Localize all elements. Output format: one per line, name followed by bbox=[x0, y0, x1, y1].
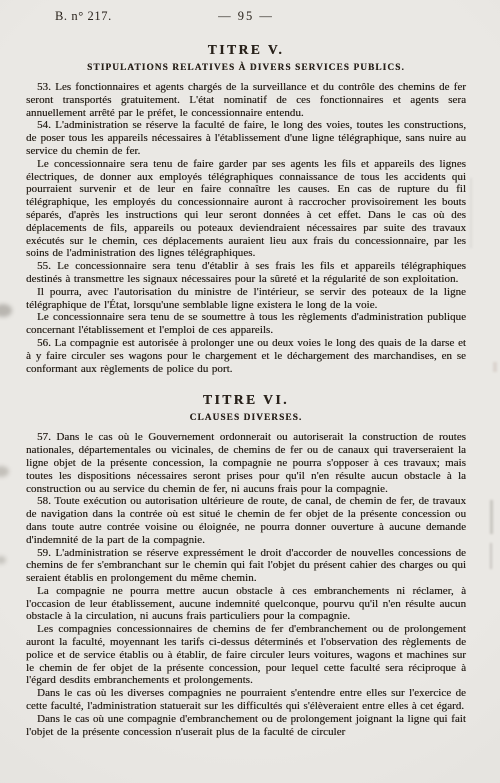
paragraph: Il pourra, avec l'autorisation du minist… bbox=[26, 286, 466, 312]
paragraph-article-58: 58. Toute exécution ou autorisation ulté… bbox=[26, 495, 466, 546]
page-number: — 95 — bbox=[26, 9, 466, 24]
paragraph: La compagnie ne pourra mettre aucun obst… bbox=[26, 585, 466, 623]
paragraph-article-53: 53. Les fonctionnaires et agents chargés… bbox=[26, 81, 466, 119]
paragraph-article-57: 57. Dans le cas où le Gouvernement ordon… bbox=[26, 431, 466, 495]
section-subtitle: CLAUSES DIVERSES. bbox=[26, 413, 466, 423]
paragraph: Le concessionnaire sera tenu de faire ga… bbox=[26, 158, 466, 260]
paragraph: Dans le cas où les diverses compagnies n… bbox=[26, 687, 466, 713]
paragraph-article-54: 54. L'administration se réserve la facul… bbox=[26, 119, 466, 157]
scanned-page: B. n° 217. — 95 — TITRE V. STIPULATIONS … bbox=[0, 0, 500, 783]
section-subtitle: STIPULATIONS RELATIVES À DIVERS SERVICES… bbox=[26, 63, 466, 73]
paragraph: Les compagnies concessionnaires de chemi… bbox=[26, 623, 466, 687]
section-title: TITRE V. bbox=[26, 42, 466, 58]
paragraph-article-55: 55. Le concessionnaire sera tenu d'établ… bbox=[26, 260, 466, 286]
page-content: B. n° 217. — 95 — TITRE V. STIPULATIONS … bbox=[0, 0, 500, 738]
paragraph-article-56: 56. La compagnie est autorisée à prolong… bbox=[26, 337, 466, 375]
page-header: B. n° 217. — 95 — bbox=[26, 9, 466, 25]
paragraph: Dans le cas où une compagnie d'embranche… bbox=[26, 713, 466, 739]
paragraph: Le concessionnaire sera tenu de se soume… bbox=[26, 311, 466, 337]
section-title: TITRE VI. bbox=[26, 392, 466, 408]
paragraph-article-59: 59. L'administration se réserve expressé… bbox=[26, 547, 466, 585]
section-titre-v: TITRE V. STIPULATIONS RELATIVES À DIVERS… bbox=[26, 42, 466, 375]
section-titre-vi: TITRE VI. CLAUSES DIVERSES. 57. Dans le … bbox=[26, 392, 466, 738]
